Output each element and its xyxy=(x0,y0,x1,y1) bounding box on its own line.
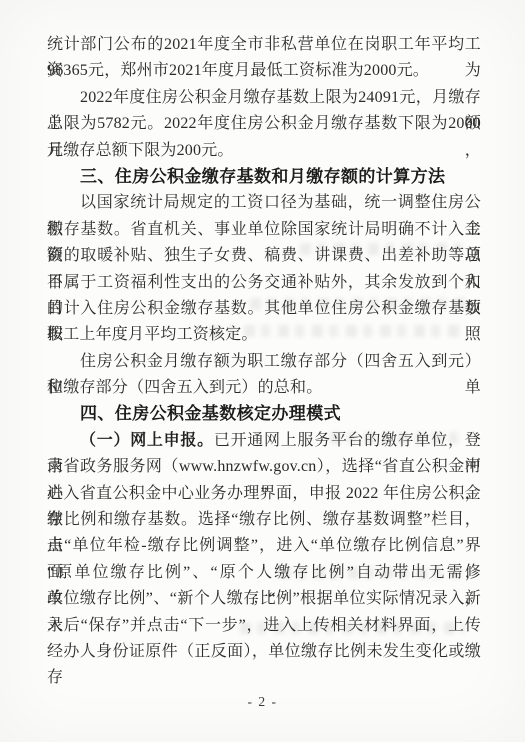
text-line: 单位缴存比例”、“新个人缴存比例”根据单位实际情况录入，录 xyxy=(47,586,481,612)
text-line: “原单位缴存比例”、“原个人缴存比例”自动带出无需修改；“新 xyxy=(47,560,481,586)
text-line: 不属于工资福利性支出的公务交通补贴外，其余发放到个人的项 xyxy=(47,270,481,296)
section-heading-three: 三、住房公积金缴存基数和月缴存额的计算方法 xyxy=(47,164,481,190)
text-line: 上限为5782元。2022年度住房公积金月缴存基数下限为2000元， xyxy=(47,111,481,137)
text-line: 96365元，郑州市2021年度月最低工资标准为2000元。 xyxy=(47,58,481,84)
text-line: （一）网上申报。已开通网上服务平台的缴存单位，登录河 xyxy=(47,428,481,454)
text-line: 缴存基数。省直机关、事业单位除国家统计局明确不计入工资总 xyxy=(47,217,481,243)
text-line: 以国家统计局规定的工资口径为基础，统一调整住房公积金 xyxy=(47,190,481,216)
text-line: 存比例和缴存基数。选择“缴存比例、缴存基数调整”栏目，点 xyxy=(47,507,481,533)
text-line: 进入省直公积金中心业务办理界面，申报 2022 年住房公积金缴 xyxy=(47,481,481,507)
text-line: 入后“保存”并点击“下一步”，进入上传相关材料界面，上传 xyxy=(47,613,481,639)
text-line: 经办人身份证原件（正反面），单位缴存比例未发生变化或缴存 xyxy=(47,639,481,665)
text-line: 南省政务服务网（www.hnzwfw.gov.cn），选择“省直公积金中心”， xyxy=(47,454,481,480)
text-line: 击“单位年检-缴存比例调整”，进入“单位缴存比例信息”界面， xyxy=(47,533,481,559)
text-line: 2022年度住房公积金月缴存基数上限为24091元，月缴存总额 xyxy=(47,85,481,111)
text-line: 目计入住房公积金缴存基数。其他单位住房公积金缴存基数按照 xyxy=(47,296,481,322)
document-body: 统计部门公布的2021年度全市非私营单位在岗职工年平均工资为 96365元，郑州… xyxy=(47,32,481,665)
text-line: 住房公积金月缴存额为职工缴存部分（四舍五入到元）和单 xyxy=(47,349,481,375)
page-number: - 2 - xyxy=(0,694,525,710)
text-line: 额的取暖补贴、独生子女费、稿费、讲课费、出差补助等项目和 xyxy=(47,243,481,269)
text-line: 统计部门公布的2021年度全市非私营单位在岗职工年平均工资为 xyxy=(47,32,481,58)
scanned-document-page: 统计部门公布的2021年度全市非私营单位在岗职工年平均工资为 96365元，郑州… xyxy=(0,0,525,742)
section-heading-four: 四、住房公积金基数核定办理模式 xyxy=(47,401,481,427)
paragraph-lead: （一）网上申报。 xyxy=(80,432,214,449)
